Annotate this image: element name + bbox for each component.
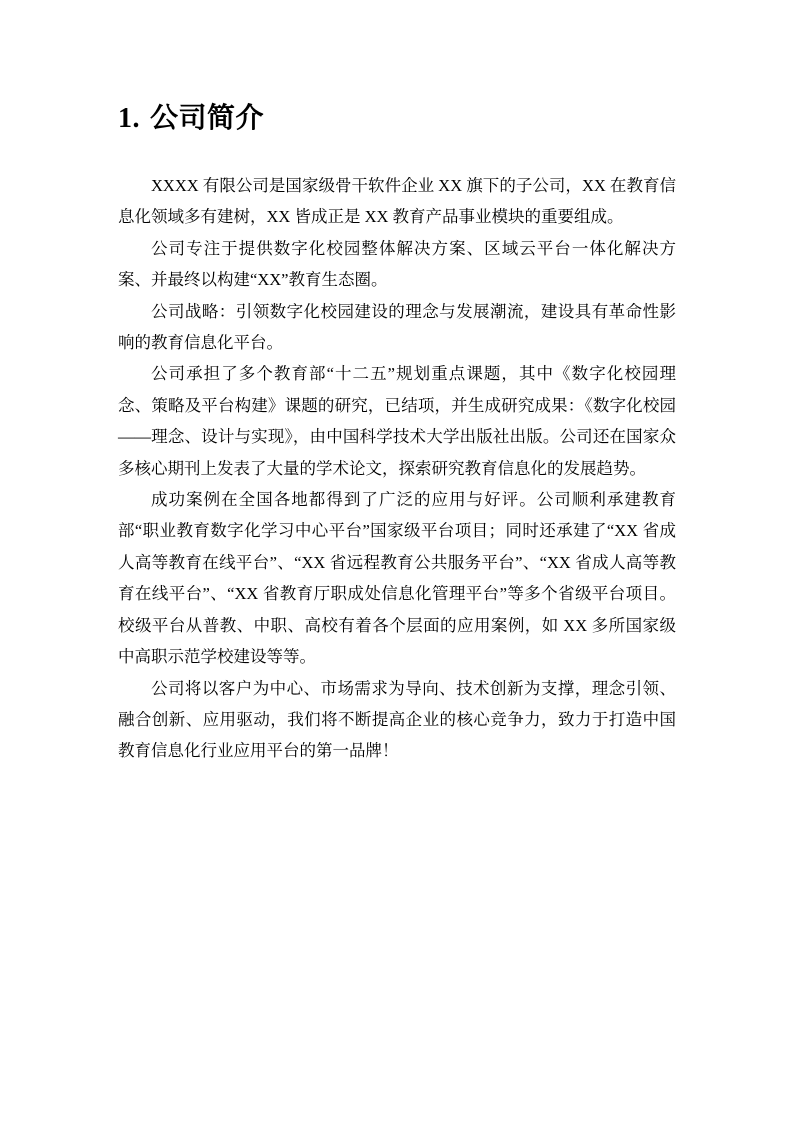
- section-heading: 1.公司简介: [118, 98, 676, 140]
- section-heading-number: 1.: [118, 98, 140, 140]
- section-heading-title: 公司简介: [150, 103, 264, 134]
- paragraph: XXXX 有限公司是国家级骨干软件企业 XX 旗下的子公司，XX 在教育信息化领…: [118, 170, 676, 233]
- document-body: XXXX 有限公司是国家级骨干软件企业 XX 旗下的子公司，XX 在教育信息化领…: [118, 170, 676, 767]
- paragraph: 公司专注于提供数字化校园整体解决方案、区域云平台一体化解决方案、并最终以构建“X…: [118, 233, 676, 296]
- paragraph: 公司战略：引领数字化校园建设的理念与发展潮流，建设具有革命性影响的教育信息化平台…: [118, 296, 676, 359]
- paragraph: 公司承担了多个教育部“十二五”规划重点课题，其中《数字化校园理念、策略及平台构建…: [118, 358, 676, 484]
- paragraph: 成功案例在全国各地都得到了广泛的应用与好评。公司顺利承建教育部“职业教育数字化学…: [118, 484, 676, 672]
- document-page: 1.公司简介 XXXX 有限公司是国家级骨干软件企业 XX 旗下的子公司，XX …: [0, 0, 793, 1122]
- paragraph: 公司将以客户为中心、市场需求为导向、技术创新为支撑，理念引领、融合创新、应用驱动…: [118, 673, 676, 767]
